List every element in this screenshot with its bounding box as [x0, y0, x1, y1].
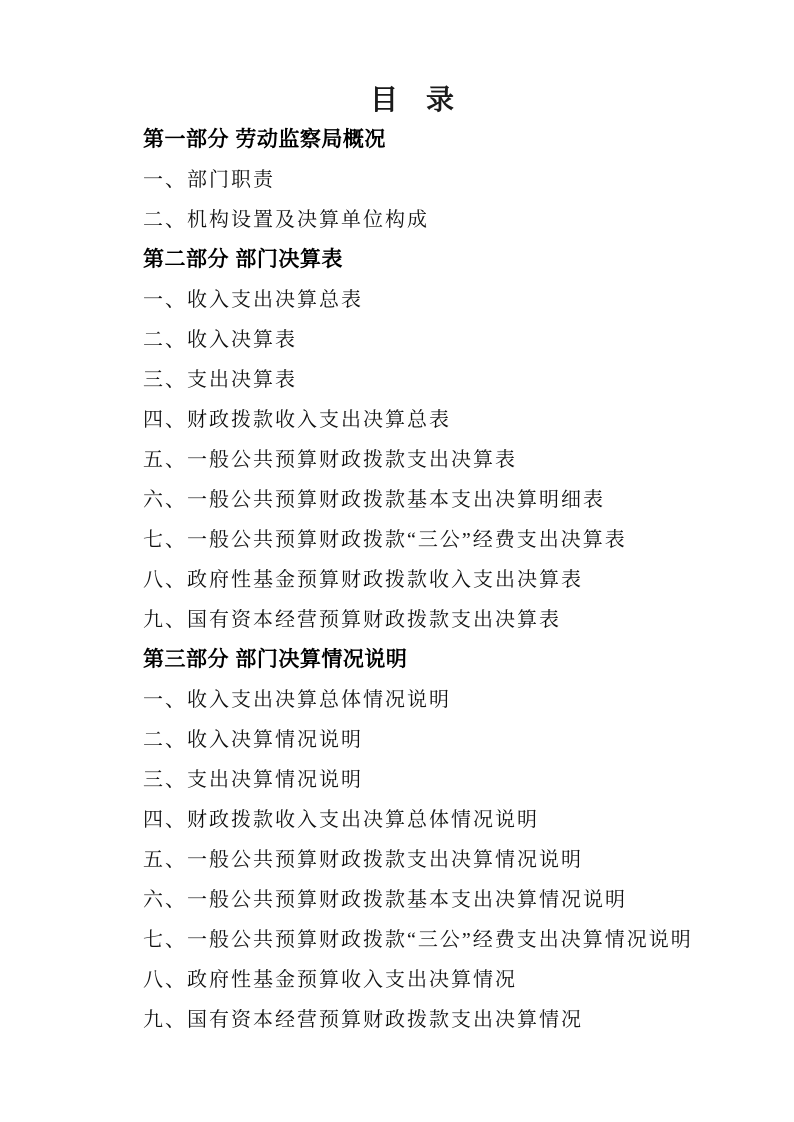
toc-item: 八、政府性基金预算财政拨款收入支出决算表	[143, 560, 694, 600]
toc-item: 九、国有资本经营预算财政拨款支出决算情况	[143, 1000, 694, 1040]
toc-item: 五、一般公共预算财政拨款支出决算表	[143, 440, 694, 480]
table-of-contents: 第一部分 劳动监察局概况一、部门职责二、机构设置及决算单位构成第二部分 部门决算…	[143, 120, 694, 1040]
toc-item: 四、财政拨款收入支出决算总体情况说明	[143, 800, 694, 840]
toc-item: 三、支出决算情况说明	[143, 760, 694, 800]
toc-item: 六、一般公共预算财政拨款基本支出决算明细表	[143, 480, 694, 520]
toc-item: 七、一般公共预算财政拨款“三公”经费支出决算情况说明	[143, 920, 694, 960]
document-page: 目 录 第一部分 劳动监察局概况一、部门职责二、机构设置及决算单位构成第二部分 …	[0, 0, 794, 1122]
toc-item: 二、机构设置及决算单位构成	[143, 200, 694, 240]
toc-item: 三、支出决算表	[143, 360, 694, 400]
toc-section-heading: 第一部分 劳动监察局概况	[143, 120, 694, 160]
toc-section-heading: 第三部分 部门决算情况说明	[143, 640, 694, 680]
toc-item: 八、政府性基金预算收入支出决算情况	[143, 960, 694, 1000]
toc-item: 一、收入支出决算总体情况说明	[143, 680, 694, 720]
toc-item: 六、一般公共预算财政拨款基本支出决算情况说明	[143, 880, 694, 920]
toc-item: 九、国有资本经营预算财政拨款支出决算表	[143, 600, 694, 640]
toc-item: 四、财政拨款收入支出决算总表	[143, 400, 694, 440]
toc-section-heading: 第二部分 部门决算表	[143, 240, 694, 280]
toc-item: 五、一般公共预算财政拨款支出决算情况说明	[143, 840, 694, 880]
toc-item: 二、收入决算表	[143, 320, 694, 360]
toc-item: 七、一般公共预算财政拨款“三公”经费支出决算表	[143, 520, 694, 560]
page-title: 目 录	[143, 80, 681, 120]
toc-item: 一、部门职责	[143, 160, 694, 200]
toc-item: 二、收入决算情况说明	[143, 720, 694, 760]
toc-item: 一、收入支出决算总表	[143, 280, 694, 320]
